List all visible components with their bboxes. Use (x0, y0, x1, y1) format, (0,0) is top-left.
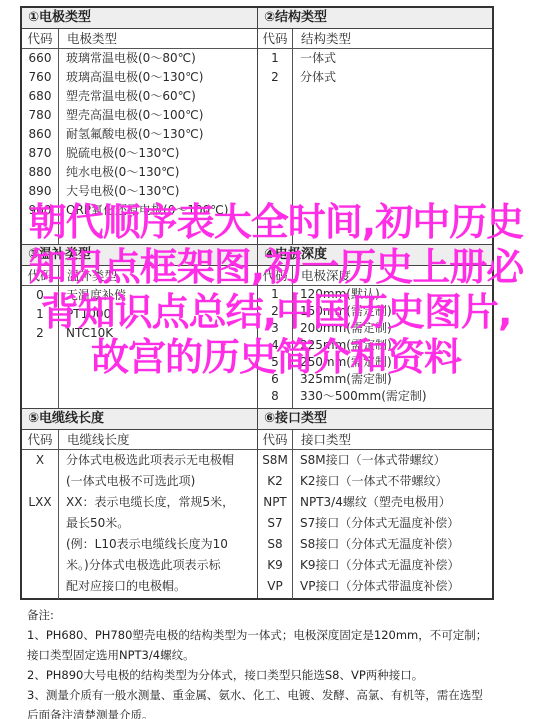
code-cell: K9 (258, 555, 292, 576)
desc-cell: 米。)分体式电极选此项表示标 (58, 555, 257, 576)
table-header: 代码 电极类型 (22, 29, 257, 49)
desc-cell: 纯水电极(0～130℃) (58, 163, 257, 182)
section-title: ⑤电缆线长度 (22, 409, 257, 430)
code-cell: 680 (22, 87, 58, 106)
desc-cell: 一体式 (292, 49, 492, 68)
code-cell: 860 (22, 125, 58, 144)
table-body: S8MS8M接口（一体式带螺纹） K2K2接口（一体式不带螺纹） NPTNPT3… (258, 450, 492, 599)
column-divider (292, 450, 293, 599)
code-cell: 8 (258, 388, 292, 405)
table-header: 代码 接口类型 (258, 430, 492, 450)
table-header: 代码 电缆线长度 (22, 430, 257, 450)
desc-cell: 大号电极(0～130℃) (58, 182, 257, 201)
notes-title: 备注: (27, 605, 547, 625)
column-divider (58, 450, 59, 599)
desc-cell: 塑壳高温电极(0～100℃) (58, 106, 257, 125)
header-code: 代码 (258, 430, 293, 449)
code-cell: S7 (258, 513, 292, 534)
code-cell: S8 (258, 534, 292, 555)
table-row: S8MS8M接口（一体式带螺纹） (258, 450, 492, 471)
desc-cell: NPT3/4螺纹（塑壳电极用） (292, 492, 492, 513)
section-title: ①电极类型 (22, 8, 257, 29)
desc-cell: VP接口（分体式带温度补偿） (292, 576, 492, 597)
code-cell: S8M (258, 450, 292, 471)
section-title: ②结构类型 (258, 8, 492, 29)
note-line: 1、PH680、PH780塑壳电极的结构类型为一体式；电极深度固定是120mm，… (27, 625, 547, 645)
notes: 备注: 1、PH680、PH780塑壳电极的结构类型为一体式；电极深度固定是12… (27, 605, 547, 719)
desc-cell: (一体式电极不可选此项) (58, 471, 257, 492)
table-row: NPTNPT3/4螺纹（塑壳电极用） (258, 492, 492, 513)
code-cell: 1 (258, 49, 292, 68)
header-code: 代码 (22, 430, 59, 449)
header-desc: 电极类型 (59, 29, 257, 48)
note-line: 接口类型固定选用NPT3/4螺纹。 (27, 645, 547, 665)
header-code: 代码 (258, 29, 293, 48)
table-row: 8330～500mm(需定制) (258, 388, 492, 405)
desc-cell: 分体式 (292, 68, 492, 87)
code-cell: 780 (22, 106, 58, 125)
header-desc: 结构类型 (293, 29, 492, 48)
overlay-line: 故宫的历史简介和资料 (0, 335, 552, 380)
table-row: 2分体式 (258, 68, 492, 87)
code-cell: 890 (22, 182, 58, 201)
header-code: 代码 (22, 29, 59, 48)
code-cell (22, 471, 58, 492)
table-row: K9K9接口（分体式无温度补偿） (258, 555, 492, 576)
code-cell: K2 (258, 471, 292, 492)
desc-cell: K2接口（一体式不带螺纹） (292, 471, 492, 492)
header-desc: 电缆线长度 (59, 430, 257, 449)
code-cell: 660 (22, 49, 58, 68)
overlay-line: 知识点框架图,初一历史上册必 (0, 245, 552, 290)
header-desc: 接口类型 (293, 430, 492, 449)
code-cell: X (22, 450, 58, 471)
desc-cell: 玻璃常温电极(0～80℃) (58, 49, 257, 68)
desc-cell: S7接口（分体式无温度补偿） (292, 513, 492, 534)
desc-cell: 330～500mm(需定制) (292, 388, 492, 405)
table-row: VPVP接口（分体式带温度补偿） (258, 576, 492, 597)
code-cell: 2 (258, 68, 292, 87)
code-cell: LXX (22, 492, 58, 513)
desc-cell: XX：表示电缆长度，常规5米， (58, 492, 257, 513)
desc-cell: 配对应接口的电极帽。 (58, 576, 257, 597)
code-cell (22, 513, 58, 534)
code-cell (22, 555, 58, 576)
interface-type-section: ⑥接口类型 代码 接口类型 S8MS8M接口（一体式带螺纹） K2K2接口（一体… (257, 408, 492, 598)
desc-cell: 玻璃高温电极(0～130℃) (58, 68, 257, 87)
code-cell (22, 534, 58, 555)
desc-cell: 塑壳常温电极(0～60℃) (58, 87, 257, 106)
table-header: 代码 结构类型 (258, 29, 492, 49)
table-row: S8S8接口（分体式无温度补偿） (258, 534, 492, 555)
overlay-line: 背知识点总结,中国历史图片, (0, 290, 552, 335)
code-cell (22, 576, 58, 597)
note-line: 3、测量介质有一般水测量、重金属、氨水、化工、电镀、发酵、高氯、有机等，需在选型 (27, 685, 547, 705)
table-body: X分体式电极选此项表示无电极帽 (一体式电极不可选此项) LXXXX：表示电缆长… (22, 450, 257, 599)
table-row: K2K2接口（一体式不带螺纹） (258, 471, 492, 492)
desc-cell: 耐氢氟酸电极(0～130℃) (58, 125, 257, 144)
code-cell: 880 (22, 163, 58, 182)
desc-cell: 分体式电极选此项表示无电极帽 (58, 450, 257, 471)
note-line: 2、PH890大号电极的结构类型为分体式，接口类型只能选S8、VP两种接口。 (27, 665, 547, 685)
section-title: ⑥接口类型 (258, 409, 492, 430)
desc-cell: 脱硫电极(0～130℃) (58, 144, 257, 163)
watermark-overlay-text: 朝代顺序表大全时间,初中历史 知识点框架图,初一历史上册必 背知识点总结,中国历… (0, 200, 552, 380)
desc-cell: S8M接口（一体式带螺纹） (292, 450, 492, 471)
desc-cell: S8接口（分体式无温度补偿） (292, 534, 492, 555)
desc-cell: 最长50米。 (58, 513, 257, 534)
overlay-line: 朝代顺序表大全时间,初中历史 (0, 200, 552, 245)
code-cell: VP (258, 576, 292, 597)
desc-cell: K9接口（分体式无温度补偿） (292, 555, 492, 576)
desc-cell: (例：L10表示电缆线长度为10 (58, 534, 257, 555)
note-line: 后面备注清楚测量介质。 (27, 705, 547, 719)
code-cell: 760 (22, 68, 58, 87)
code-cell: NPT (258, 492, 292, 513)
code-cell: 870 (22, 144, 58, 163)
table-row: 1一体式 (258, 49, 492, 68)
cable-length-section: ⑤电缆线长度 代码 电缆线长度 X分体式电极选此项表示无电极帽 (一体式电极不可… (22, 408, 257, 598)
table-row: S7S7接口（分体式无温度补偿） (258, 513, 492, 534)
